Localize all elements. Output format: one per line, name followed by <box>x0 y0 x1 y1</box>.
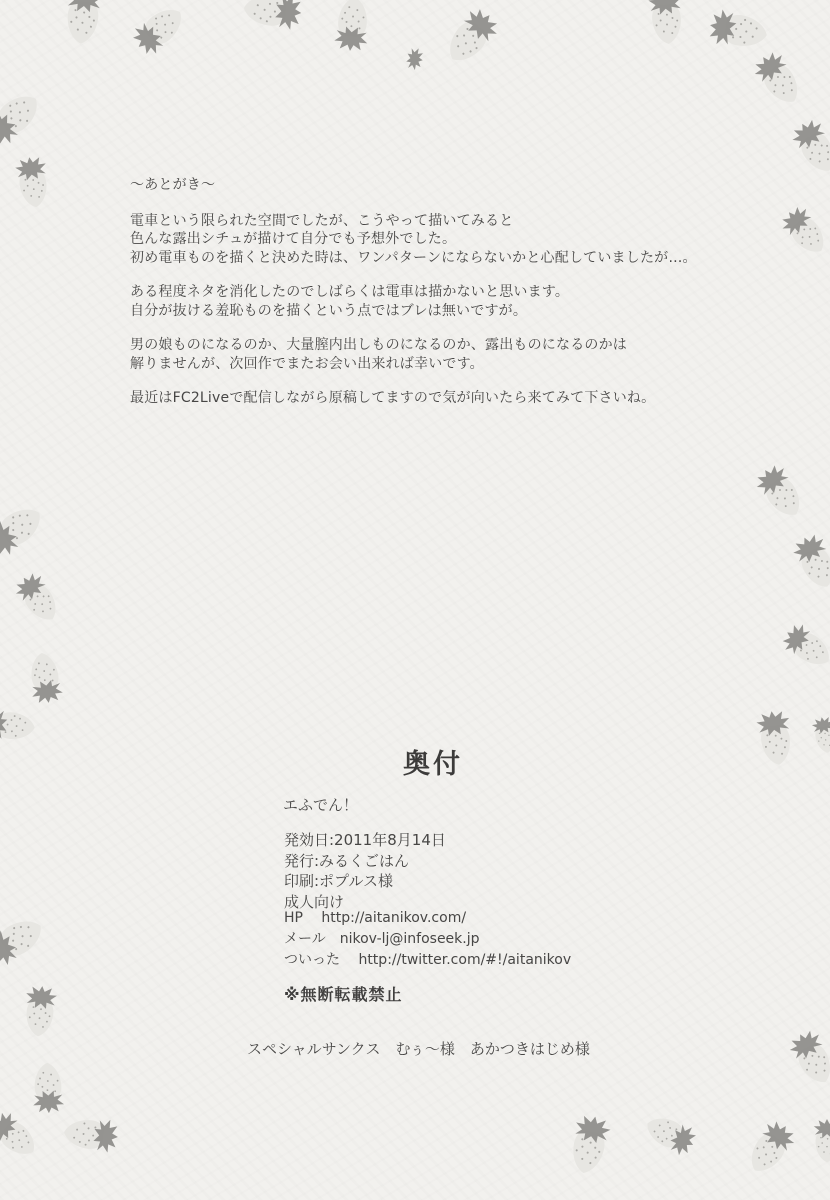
afterword-paragraph: 最近はFC2Liveで配信しながら原稿してますので気が向いたら来てみて下さいね。 <box>130 389 750 408</box>
no-reproduction-notice: ※無断転載禁止 <box>284 982 403 1005</box>
strawberry-decoration <box>734 1113 804 1186</box>
publication-info: 発効日:2011年8月14日発行:みるくごはん印刷:ポプルス様成人向け <box>284 830 446 912</box>
strawberry-decoration <box>327 0 377 52</box>
afterword-line: ある程度ネタを消化したのでしばらくは電車は描かないと思います。 <box>130 283 750 302</box>
strawberry-decoration <box>775 616 830 681</box>
special-thanks: スペシャルサンクス むぅ～様 あかつきはじめ様 <box>247 1038 590 1059</box>
afterword-line: 初め電車ものを描くと決めた時は、ワンパターンにならないかと心配していましたが…。 <box>130 249 750 268</box>
strawberry-decoration <box>559 1111 619 1180</box>
strawberry-decoration <box>784 528 830 599</box>
afterword-line: 自分が抜ける羞恥ものを描くという点ではブレは無いですが。 <box>130 302 750 321</box>
strawberry-leaf-decoration <box>383 39 426 75</box>
strawberry-decoration <box>0 703 39 749</box>
strawberry-decoration <box>124 0 197 64</box>
afterword-line: 電車という限られた空間でしたが、こうやって描いてみると <box>130 212 750 231</box>
strawberry-decoration <box>59 1109 120 1159</box>
strawberry-decoration <box>17 985 63 1042</box>
strawberry-decoration <box>641 0 691 48</box>
publication-line: 発効日:2011年8月14日 <box>284 830 446 851</box>
strawberry-decoration <box>706 1 774 59</box>
contact-info: HP http://aitanikov.com/メール nikov-lj@inf… <box>284 908 571 971</box>
afterword-section: ～あとがき～ 電車という限られた空間でしたが、こうやって描いてみると色んな露出シ… <box>130 176 750 424</box>
strawberry-decoration <box>809 1119 830 1165</box>
strawberry-decoration <box>807 715 830 758</box>
contact-line: メール nikov-lj@infoseek.jp <box>284 929 571 950</box>
contact-line: ついった http://twitter.com/#!/aitanikov <box>284 950 571 971</box>
strawberry-decoration <box>749 708 801 771</box>
contact-line: HP http://aitanikov.com/ <box>284 908 571 929</box>
colophon-heading: 奥付 <box>403 742 463 781</box>
strawberry-decoration <box>782 112 830 184</box>
strawberry-decoration <box>7 566 72 634</box>
afterword-paragraph: 電車という限られた空間でしたが、こうやって描いてみると色んな露出シチュが描けて自… <box>130 212 750 268</box>
strawberry-decoration <box>744 44 814 117</box>
book-title: エふでん！ <box>283 794 358 815</box>
strawberry-decoration <box>636 1104 702 1165</box>
strawberry-decoration <box>773 199 830 267</box>
strawberry-decoration <box>9 155 58 214</box>
strawberry-decoration <box>432 0 508 77</box>
afterword-line: 男の娘ものになるのか、大量膣内出しものになるのか、露出ものになるのかは <box>130 336 750 355</box>
publication-line: 発行:みるくごはん <box>284 851 446 872</box>
strawberry-decoration <box>56 0 109 48</box>
strawberry-decoration <box>0 491 56 565</box>
strawberry-decoration <box>26 1060 70 1115</box>
strawberry-decoration <box>0 78 54 154</box>
strawberry-decoration <box>0 903 55 975</box>
afterword-line: 色んな露出シチュが描けて自分でも予想外でした。 <box>130 230 750 249</box>
afterword-paragraph: 男の娘ものになるのか、大量膣内出しものになるのか、露出ものになるのかは解りません… <box>130 336 750 373</box>
strawberry-decoration <box>746 457 816 530</box>
strawberry-decoration <box>0 1104 49 1170</box>
publication-line: 印刷:ポプルス様 <box>284 871 446 892</box>
strawberry-decoration <box>239 0 304 37</box>
afterword-body: 電車という限られた空間でしたが、こうやって描いてみると色んな露出シチュが描けて自… <box>130 212 750 408</box>
afterword-line: 最近はFC2Liveで配信しながら原稿してますので気が向いたら来てみて下さいね。 <box>130 389 750 408</box>
strawberry-decoration <box>780 1023 830 1094</box>
strawberry-decoration <box>21 648 70 707</box>
afterword-heading: ～あとがき～ <box>130 176 750 195</box>
afterword-line: 解りませんが、次回作でまたお会い出来れば幸いです。 <box>130 355 750 374</box>
doujinshi-colophon-page: ～あとがき～ 電車という限られた空間でしたが、こうやって描いてみると色んな露出シ… <box>0 0 830 1200</box>
afterword-paragraph: ある程度ネタを消化したのでしばらくは電車は描かないと思います。自分が抜ける羞恥も… <box>130 283 750 320</box>
